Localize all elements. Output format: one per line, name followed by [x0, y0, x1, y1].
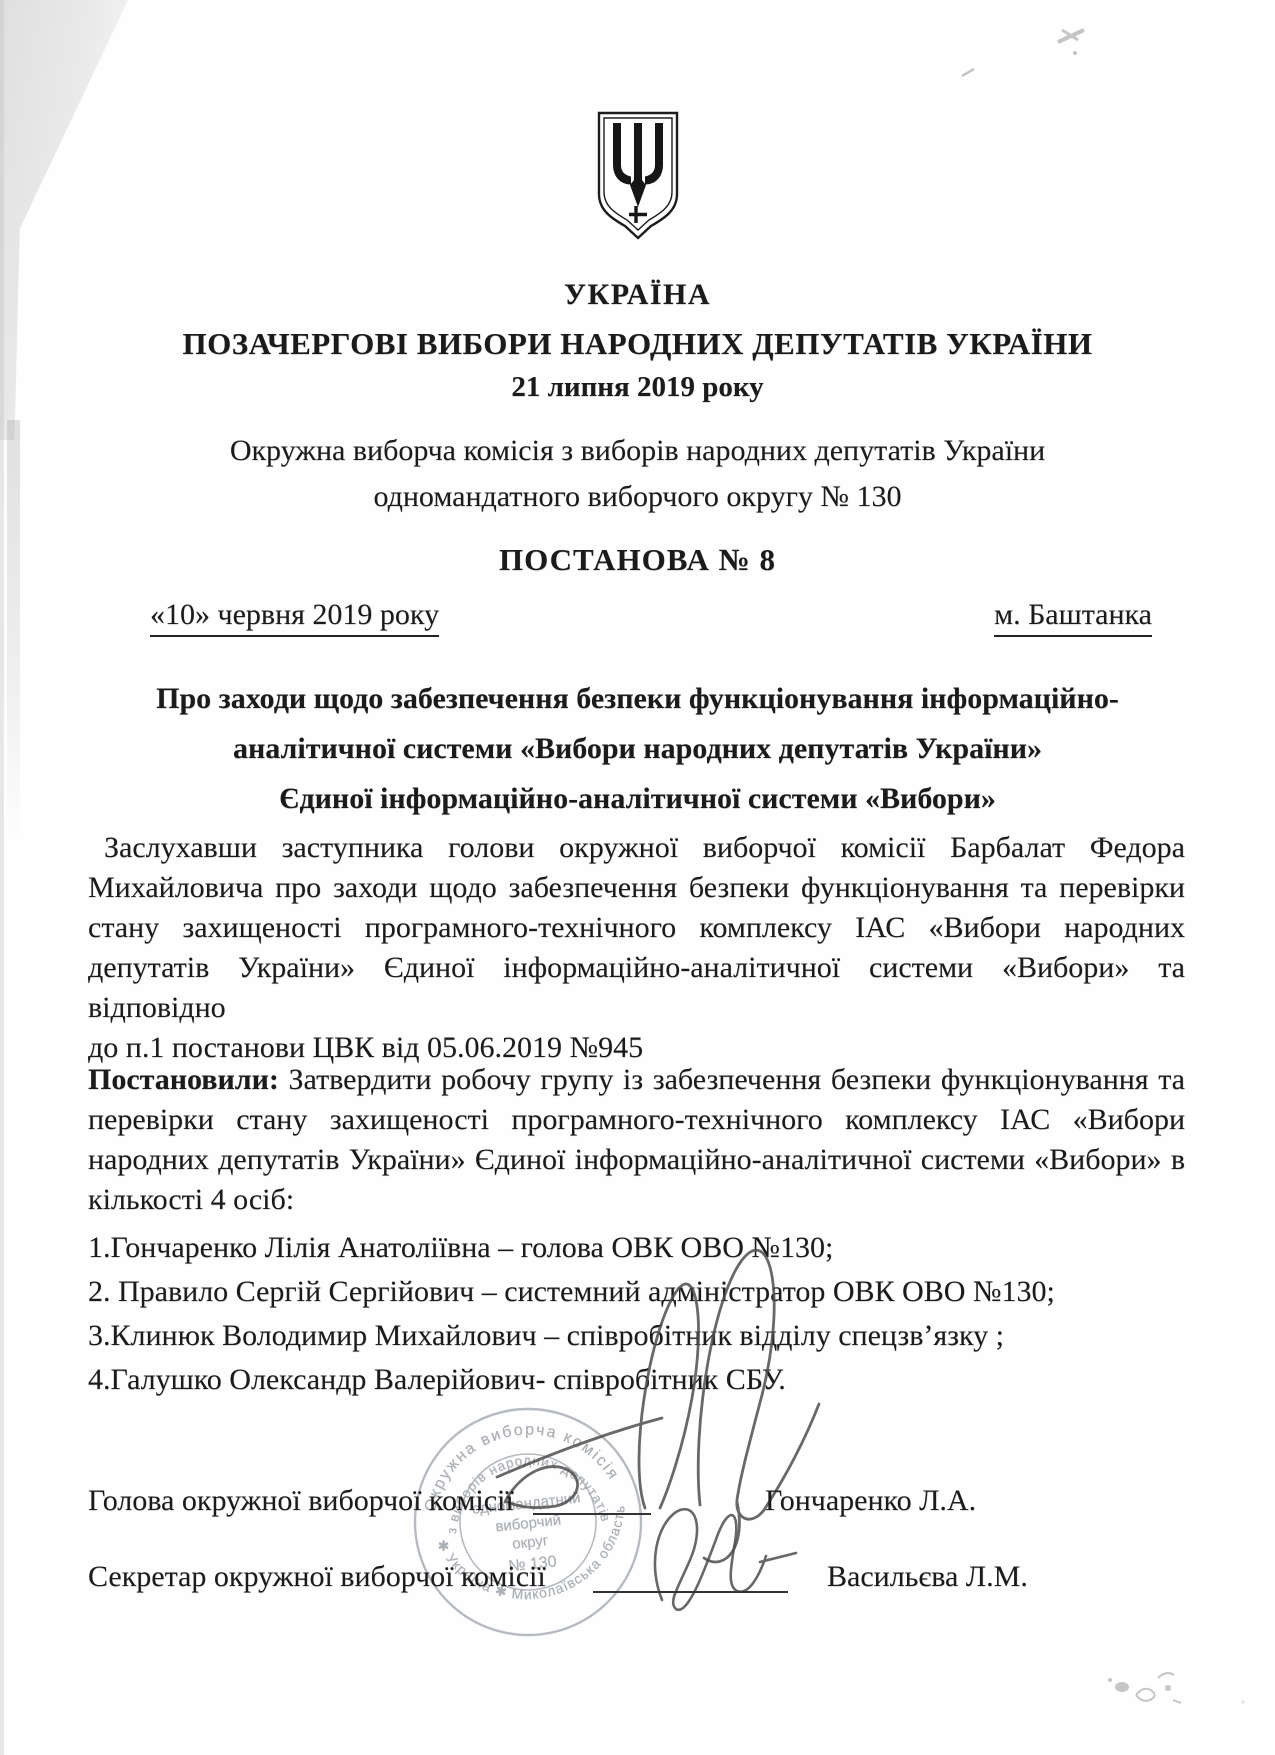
subject-line: Про заходи щодо забезпечення безпеки фун… [88, 674, 1187, 724]
working-group-members: 1.Гончаренко Лілія Анатоліївна – голова … [88, 1226, 1228, 1402]
date-place-row: «10» червня 2019 року м. Баштанка [150, 598, 1152, 637]
chairman-name: Гончаренко Л.А. [765, 1484, 976, 1518]
stamp-center-line3: округ [511, 1532, 549, 1553]
subject-line: аналітичної системи «Вибори народних деп… [88, 724, 1187, 774]
member-item: 1.Гончаренко Лілія Анатоліївна – голова … [88, 1226, 1228, 1270]
decree-subject: Про заходи щодо забезпечення безпеки фун… [88, 674, 1187, 824]
subject-line: Єдиної інформаційно-аналітичної системи … [88, 774, 1187, 824]
commission-name-line2: одномандатного виборчого округу № 130 [88, 480, 1187, 514]
decree-place: м. Баштанка [994, 598, 1152, 637]
resolution-lead: Постановили: [88, 1063, 279, 1096]
chairman-label: Голова окружної виборчої комісії [88, 1484, 514, 1518]
secretary-label: Секретар окружної виборчої комісії [88, 1560, 546, 1594]
paragraph-line: перевірки стану захищеності програмного-… [88, 1100, 1185, 1140]
member-item: 2. Правило Сергій Сергійович – системний… [88, 1270, 1228, 1314]
resolution-paragraph: Постановили: Затвердити робочу групу із … [88, 1060, 1185, 1220]
paragraph-line: кількості 4 осіб: [88, 1180, 1185, 1220]
paragraph-line: Михайловича про заходи щодо забезпечення… [88, 868, 1185, 908]
paragraph-line: Заслухавши заступника голови окружної ви… [88, 828, 1185, 868]
decree-title: ПОСТАНОВА № 8 [88, 542, 1187, 578]
paragraph-line: Постановили: Затвердити робочу групу із … [88, 1060, 1185, 1100]
country-heading: УКРАЇНА [88, 278, 1187, 312]
scan-edge-line [0, 0, 4, 1755]
commission-round-stamp: Окружна виборча комісія з виборів народн… [385, 1379, 671, 1665]
secretary-signature [655, 1509, 796, 1610]
decree-date: «10» червня 2019 року [150, 598, 439, 637]
commission-name-line1: Окружна виборча комісія з виборів народн… [88, 434, 1187, 468]
ukraine-coat-of-arms-icon [593, 110, 683, 242]
paragraph-line: стану захищеності програмного-технічного… [88, 908, 1185, 948]
paragraph-line: депутатів України» Єдиної інформаційно-а… [88, 948, 1185, 1028]
election-title: ПОЗАЧЕРГОВІ ВИБОРИ НАРОДНИХ ДЕПУТАТІВ УК… [88, 326, 1187, 362]
election-date: 21 липня 2019 року [88, 371, 1187, 404]
scanned-decree-page: УКРАЇНА ПОЗАЧЕРГОВІ ВИБОРИ НАРОДНИХ ДЕПУ… [0, 0, 1275, 1755]
resolution-line1-rest: Затвердити робочу групу із забезпечення … [279, 1063, 1185, 1096]
chairman-signature-line [533, 1513, 651, 1515]
paragraph-line: народних депутатів України» Єдиної інфор… [88, 1140, 1185, 1180]
preamble-paragraph: Заслухавши заступника голови окружної ви… [88, 828, 1185, 1068]
member-item: 3.Клинюк Володимир Михайлович – співробі… [88, 1314, 1228, 1358]
member-item: 4.Галушко Олександр Валерійович- співроб… [88, 1358, 1228, 1402]
secretary-name: Васильєва Л.М. [827, 1560, 1028, 1594]
secretary-signature-line [593, 1591, 788, 1593]
scan-edge-band [7, 420, 20, 850]
